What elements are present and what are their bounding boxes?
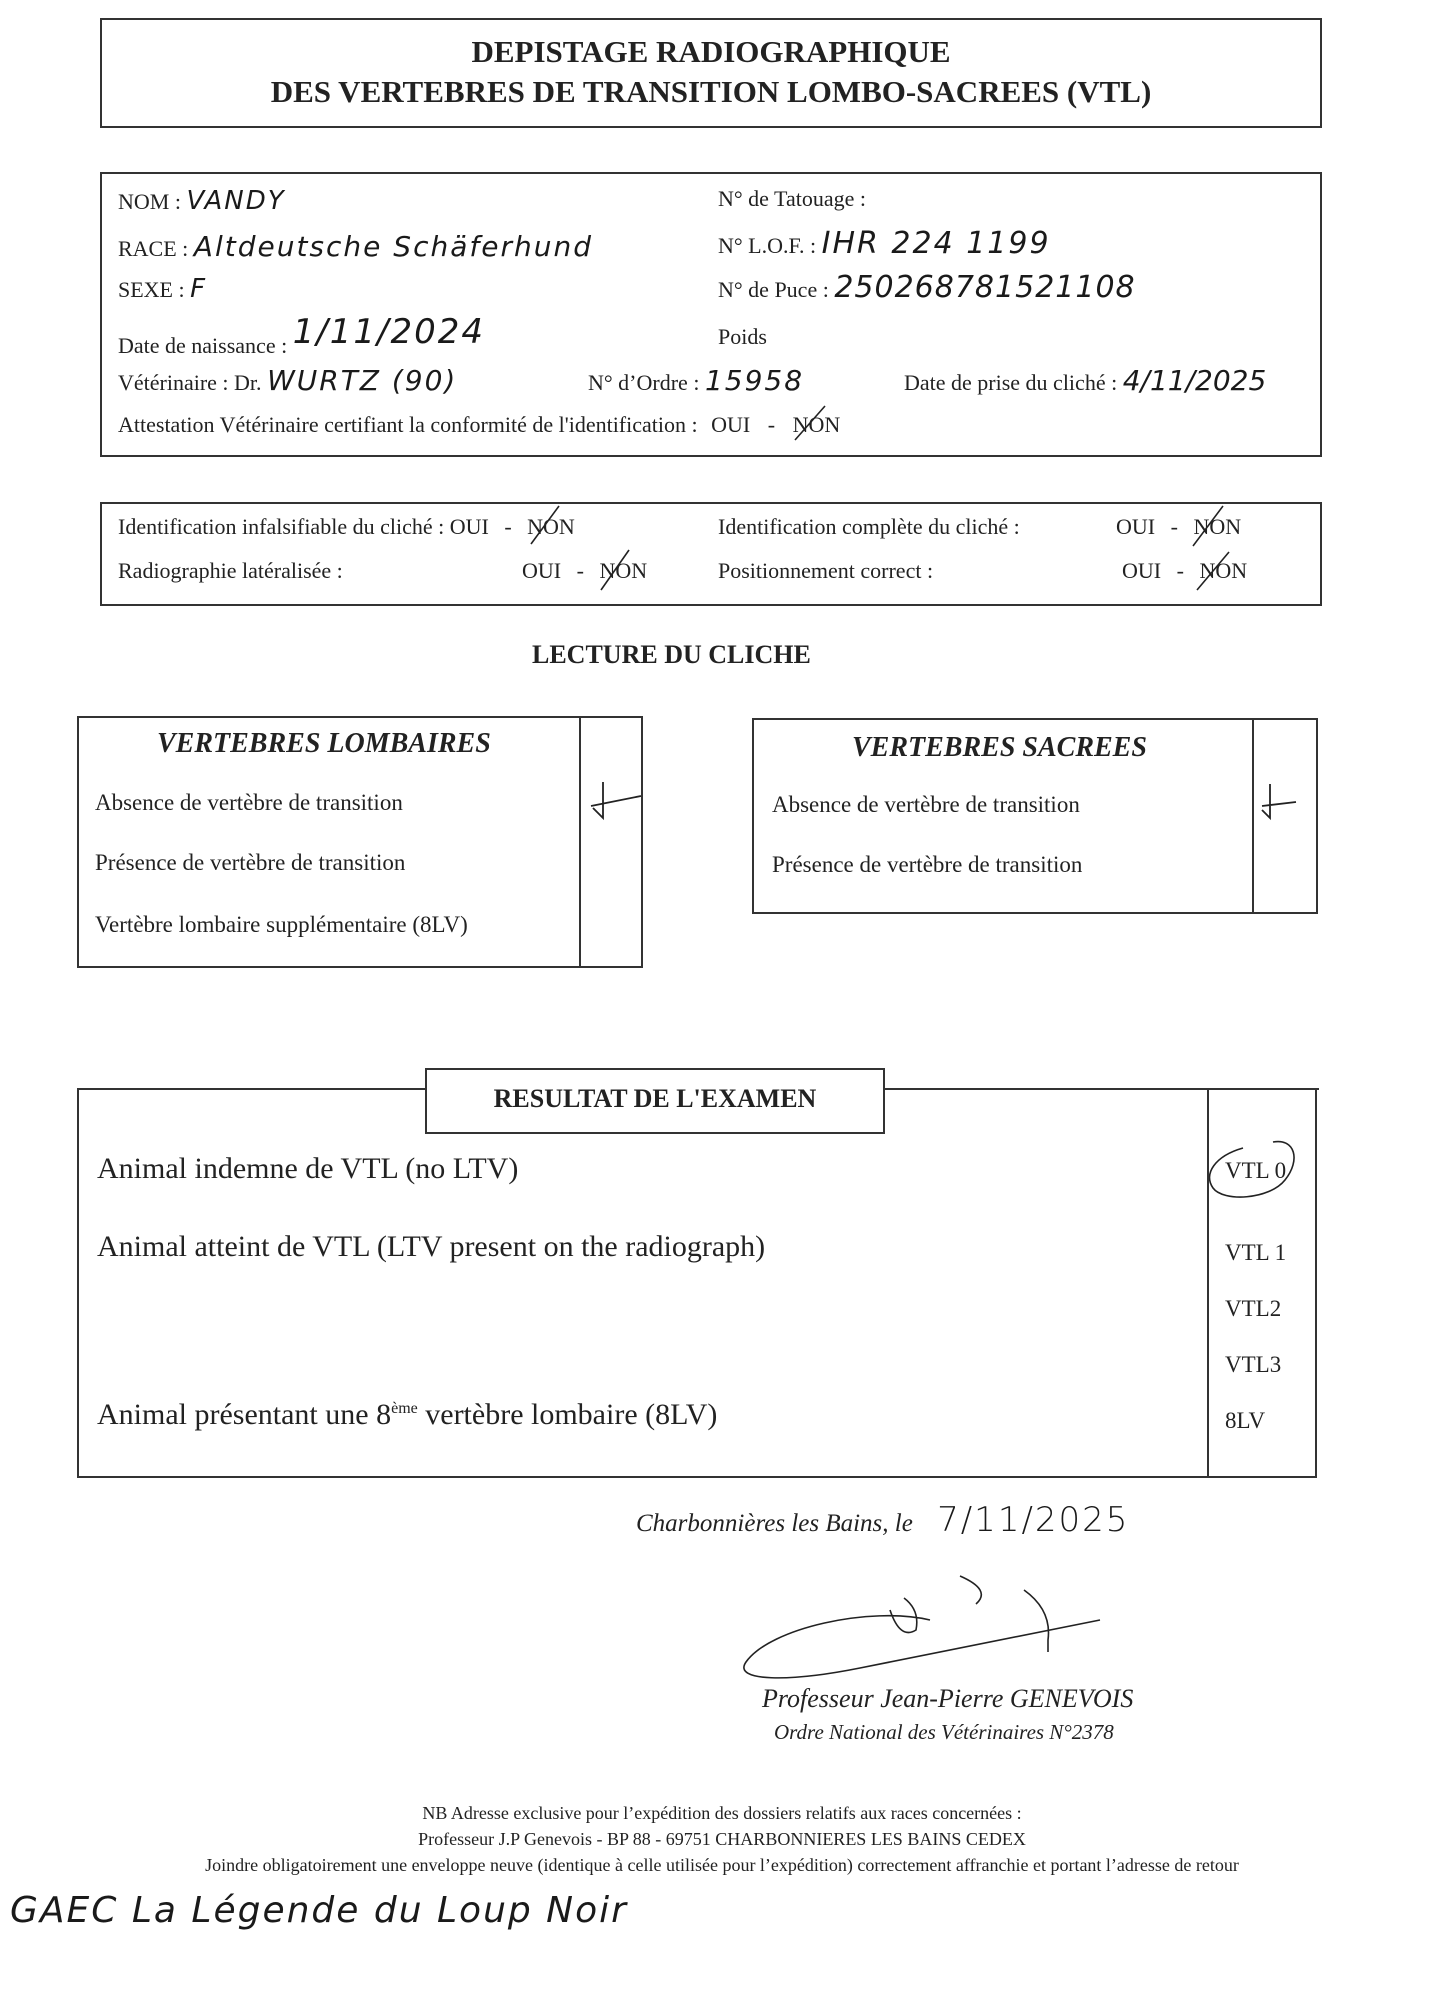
check-mark-icon — [583, 778, 653, 822]
lof-field: N° L.O.F. : IHR 224 1199 — [718, 226, 1051, 261]
check-row-2: Radiographie latéralisée : — [118, 558, 343, 584]
footer-line1: NB Adresse exclusive pour l’expédition d… — [0, 1800, 1444, 1826]
strike-mark-icon — [1189, 504, 1229, 548]
check-row-1: Identification complète du cliché : — [718, 514, 1020, 540]
naissance-field: Date de naissance : 1/11/2024 — [118, 312, 485, 352]
check-row-0: Identification infalsifiable du cliché :… — [118, 514, 575, 540]
resultat-title-box: RESULTAT DE L'EXAMEN — [425, 1068, 885, 1134]
footer: NB Adresse exclusive pour l’expédition d… — [0, 1800, 1444, 1878]
resultat-title: RESULTAT DE L'EXAMEN — [427, 1084, 883, 1114]
puce-field: N° de Puce : 250268781521108 — [718, 270, 1136, 305]
attestation-oui[interactable]: OUI — [711, 412, 750, 437]
lombaires-check-column — [579, 716, 581, 968]
sacrees-box: VERTEBRES SACREES Absence de vertèbre de… — [752, 718, 1318, 914]
race-field: RACE : Altdeutsche Schäferhund — [118, 230, 593, 263]
code-8lv[interactable]: 8LV — [1225, 1408, 1265, 1434]
attestation-label: Attestation Vétérinaire certifiant la co… — [118, 412, 698, 437]
strike-mark-icon — [789, 402, 829, 446]
tatouage-field: N° de Tatouage : — [718, 186, 866, 212]
sacrees-item: Absence de vertèbre de transition — [772, 792, 1080, 818]
check-non-struck[interactable]: NON — [1199, 558, 1247, 584]
separator: - — [577, 558, 584, 583]
attestation-field: Attestation Vétérinaire certifiant la co… — [118, 412, 840, 438]
sacrees-item: Présence de vertèbre de transition — [772, 852, 1082, 878]
naissance-value[interactable]: 1/11/2024 — [293, 312, 485, 352]
resultat-box: Animal indemne de VTL (no LTV) Animal at… — [77, 1088, 1317, 1478]
separator: - — [1177, 558, 1184, 583]
check-non-struck[interactable]: NON — [599, 558, 647, 584]
puce-value[interactable]: 250268781521108 — [834, 270, 1135, 305]
signature-date[interactable]: 7/11/2025 — [937, 1500, 1129, 1540]
signatory-name: Professeur Jean-Pierre GENEVOIS — [762, 1684, 1133, 1714]
separator: - — [504, 514, 511, 539]
ordre-label: N° d’Ordre : — [588, 370, 699, 395]
resultat-row-4: Animal présentant une 8ème vertèbre lomb… — [97, 1398, 717, 1432]
veterinaire-field: Vétérinaire : Dr. WURTZ (90) — [118, 364, 457, 397]
label-post: vertèbre lombaire (8LV) — [418, 1398, 718, 1431]
sexe-value[interactable]: F — [190, 274, 207, 304]
poids-field: Poids — [718, 324, 767, 350]
separator: - — [768, 412, 775, 437]
sexe-field: SEXE : F — [118, 274, 207, 304]
date-cliche-label: Date de prise du cliché : — [904, 370, 1117, 395]
document-title-line2: DES VERTEBRES DE TRANSITION LOMBO-SACREE… — [102, 72, 1320, 112]
race-value[interactable]: Altdeutsche Schäferhund — [194, 230, 593, 263]
label-sup: ème — [391, 1400, 418, 1417]
check-oui[interactable]: OUI — [1122, 558, 1161, 583]
check-label: Positionnement correct : — [718, 558, 933, 583]
label-pre: Animal présentant une 8 — [97, 1398, 391, 1431]
identity-box: NOM : VANDY RACE : Altdeutsche Schäferhu… — [100, 172, 1322, 457]
signature-place: Charbonnières les Bains, le — [636, 1510, 913, 1537]
date-cliche-field: Date de prise du cliché : 4/11/2025 — [904, 364, 1266, 397]
checks-box: Identification infalsifiable du cliché :… — [100, 502, 1322, 606]
signature-scribble-icon — [730, 1570, 1130, 1690]
resultat-top-border-left — [77, 1088, 427, 1090]
lombaires-checkbox-absence[interactable] — [583, 778, 643, 822]
strike-mark-icon — [1195, 548, 1235, 592]
lecture-title: LECTURE DU CLICHE — [532, 640, 811, 670]
attestation-non-struck[interactable]: NON — [793, 412, 841, 438]
veterinaire-label: Vétérinaire : Dr. — [118, 370, 262, 395]
tatouage-label: N° de Tatouage : — [718, 186, 866, 211]
race-label: RACE : — [118, 236, 188, 261]
resultat-row-1: Animal atteint de VTL (LTV present on th… — [97, 1230, 765, 1264]
lof-value[interactable]: IHR 224 1199 — [822, 226, 1051, 261]
ordre-value[interactable]: 15958 — [705, 364, 804, 397]
check-label: Radiographie latéralisée : — [118, 558, 343, 583]
ordre-field: N° d’Ordre : 15958 — [588, 364, 804, 397]
code-vtl0[interactable]: VTL 0 — [1225, 1158, 1286, 1184]
signatory-order: Ordre National des Vétérinaires N°2378 — [774, 1720, 1114, 1745]
sacrees-checkbox-absence[interactable] — [1256, 782, 1316, 826]
check-oui[interactable]: OUI — [450, 514, 489, 539]
separator: - — [1171, 514, 1178, 539]
signature-place-line: Charbonnières les Bains, le 7/11/2025 — [636, 1500, 1129, 1540]
check-oui[interactable]: OUI — [522, 558, 561, 583]
lombaires-item: Absence de vertèbre de transition — [95, 790, 403, 816]
lombaires-title: VERTEBRES LOMBAIRES — [157, 728, 491, 760]
code-vtl2[interactable]: VTL2 — [1225, 1296, 1281, 1322]
resultat-row-0: Animal indemne de VTL (no LTV) — [97, 1152, 518, 1186]
check-mark-icon — [1256, 782, 1316, 826]
code-vtl3[interactable]: VTL3 — [1225, 1352, 1281, 1378]
naissance-label: Date de naissance : — [118, 333, 287, 358]
date-cliche-value[interactable]: 4/11/2025 — [1123, 364, 1267, 397]
lombaires-item: Présence de vertèbre de transition — [95, 850, 405, 876]
check-row-3-answers: OUI - NON — [1122, 558, 1247, 584]
lof-label: N° L.O.F. : — [718, 233, 816, 258]
resultat-code-column: VTL 0 VTL 1 VTL2 VTL3 8LV — [1207, 1088, 1319, 1476]
code-vtl1[interactable]: VTL 1 — [1225, 1240, 1286, 1266]
check-non-struck[interactable]: NON — [527, 514, 575, 540]
poids-label: Poids — [718, 324, 767, 349]
check-non-struck[interactable]: NON — [1193, 514, 1241, 540]
lombaires-box: VERTEBRES LOMBAIRES Absence de vertèbre … — [77, 716, 643, 968]
footer-line3: Joindre obligatoirement une enveloppe ne… — [0, 1852, 1444, 1878]
check-label: Identification infalsifiable du cliché : — [118, 514, 444, 539]
check-row-3: Positionnement correct : — [718, 558, 933, 584]
return-address[interactable]: GAEC La Légende du Loup Noir — [10, 1890, 628, 1931]
check-row-2-answers: OUI - NON — [522, 558, 647, 584]
circle-mark-icon — [1203, 1136, 1303, 1206]
veterinaire-value[interactable]: WURTZ (90) — [267, 364, 457, 397]
document-title-line1: DEPISTAGE RADIOGRAPHIQUE — [102, 32, 1320, 72]
strike-mark-icon — [595, 548, 635, 592]
check-label: Identification complète du cliché : — [718, 514, 1020, 539]
check-oui[interactable]: OUI — [1116, 514, 1155, 539]
check-row-1-answers: OUI - NON — [1116, 514, 1241, 540]
sacrees-check-column — [1252, 718, 1254, 914]
lombaires-item: Vertèbre lombaire supplémentaire (8LV) — [95, 912, 468, 938]
sexe-label: SEXE : — [118, 277, 185, 302]
nom-field: NOM : VANDY — [118, 186, 286, 216]
nom-label: NOM : — [118, 189, 181, 214]
footer-line2: Professeur J.P Genevois - BP 88 - 69751 … — [0, 1826, 1444, 1852]
title-box: DEPISTAGE RADIOGRAPHIQUE DES VERTEBRES D… — [100, 18, 1322, 128]
puce-label: N° de Puce : — [718, 277, 829, 302]
strike-mark-icon — [523, 504, 563, 548]
sacrees-title: VERTEBRES SACREES — [852, 732, 1147, 764]
nom-value[interactable]: VANDY — [186, 186, 285, 216]
